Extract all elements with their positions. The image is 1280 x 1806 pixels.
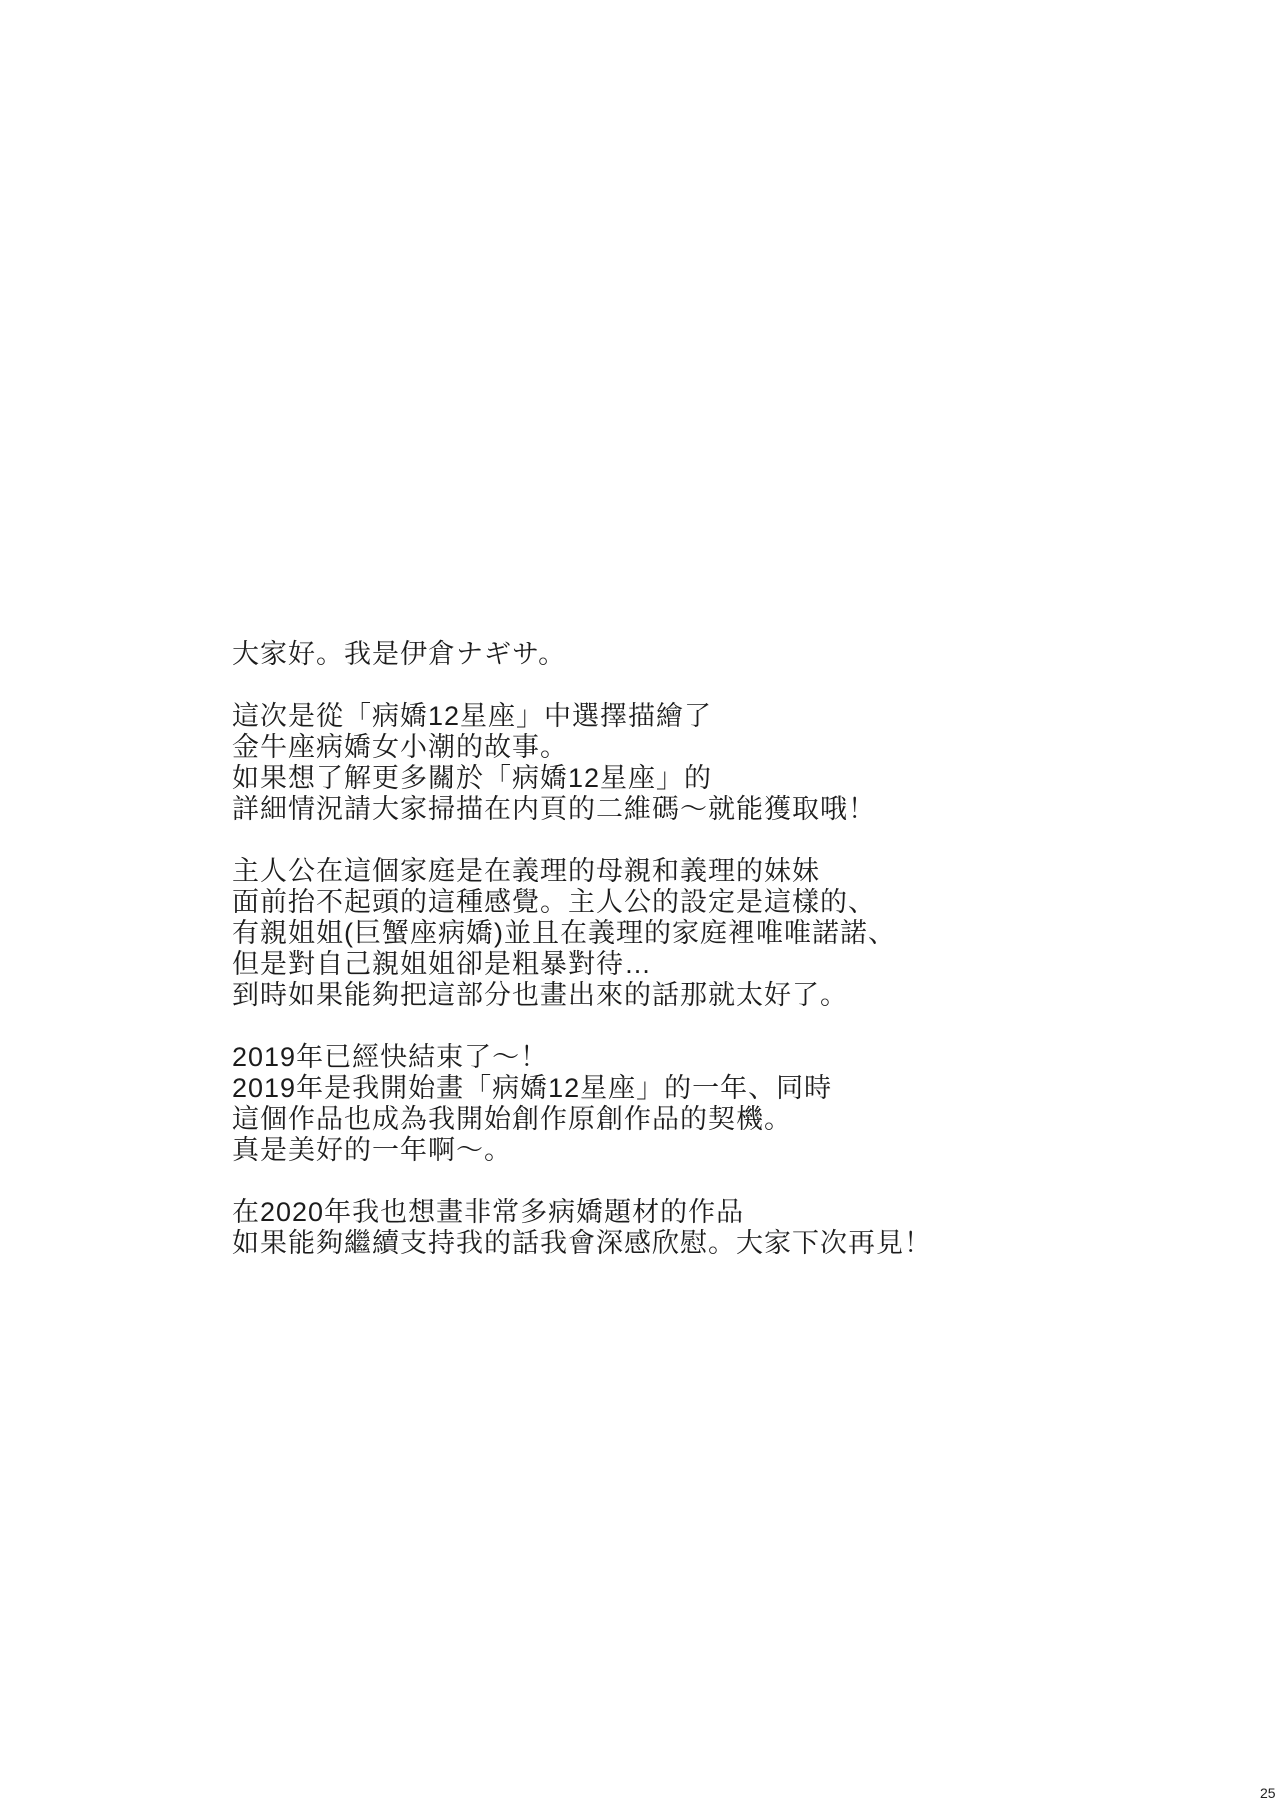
text-line: 真是美好的一年啊～。 bbox=[232, 1135, 1132, 1166]
paragraph-protagonist-setting: 主人公在這個家庭是在義理的母親和義理的妹妹 面前抬不起頭的這種感覺。主人公的設定… bbox=[232, 856, 1132, 1011]
text-line: 這次是從「病嬌12星座」中選擇描繪了 bbox=[232, 701, 1132, 732]
text-line: 主人公在這個家庭是在義理的母親和義理的妹妹 bbox=[232, 856, 1132, 887]
text-line: 這個作品也成為我開始創作原創作品的契機。 bbox=[232, 1104, 1132, 1135]
text-line: 但是對自己親姐姐卻是粗暴對待… bbox=[232, 949, 1132, 980]
page-number: 25 bbox=[1260, 1786, 1276, 1800]
paragraph-work-intro: 這次是從「病嬌12星座」中選擇描繪了 金牛座病嬌女小潮的故事。 如果想了解更多關… bbox=[232, 701, 1132, 825]
text-line: 面前抬不起頭的這種感覺。主人公的設定是這樣的、 bbox=[232, 887, 1132, 918]
text-line: 金牛座病嬌女小潮的故事。 bbox=[232, 732, 1132, 763]
text-line: 2019年已經快結束了～！ bbox=[232, 1042, 1132, 1073]
text-line: 有親姐姐(巨蟹座病嬌)並且在義理的家庭裡唯唯諾諾、 bbox=[232, 918, 1132, 949]
text-line: 在2020年我也想畫非常多病嬌題材的作品 bbox=[232, 1197, 1132, 1228]
afterword-text-block: 大家好。我是伊倉ナギサ。 這次是從「病嬌12星座」中選擇描繪了 金牛座病嬌女小潮… bbox=[232, 639, 1132, 1259]
paragraph-year-2019: 2019年已經快結束了～！ 2019年是我開始畫「病嬌12星座」的一年、同時 這… bbox=[232, 1042, 1132, 1166]
paragraph-greeting: 大家好。我是伊倉ナギサ。 bbox=[232, 639, 1132, 670]
text-line: 大家好。我是伊倉ナギサ。 bbox=[232, 639, 1132, 670]
text-line: 2019年是我開始畫「病嬌12星座」的一年、同時 bbox=[232, 1073, 1132, 1104]
text-line: 如果能夠繼續支持我的話我會深感欣慰。大家下次再見！ bbox=[232, 1228, 1132, 1259]
text-line: 詳細情況請大家掃描在内頁的二維碼～就能獲取哦！ bbox=[232, 794, 1132, 825]
text-line: 如果想了解更多關於「病嬌12星座」的 bbox=[232, 763, 1132, 794]
paragraph-year-2020-closing: 在2020年我也想畫非常多病嬌題材的作品 如果能夠繼續支持我的話我會深感欣慰。大… bbox=[232, 1197, 1132, 1259]
scanned-page: 大家好。我是伊倉ナギサ。 這次是從「病嬌12星座」中選擇描繪了 金牛座病嬌女小潮… bbox=[0, 0, 1280, 1806]
text-line: 到時如果能夠把這部分也畫出來的話那就太好了。 bbox=[232, 980, 1132, 1011]
